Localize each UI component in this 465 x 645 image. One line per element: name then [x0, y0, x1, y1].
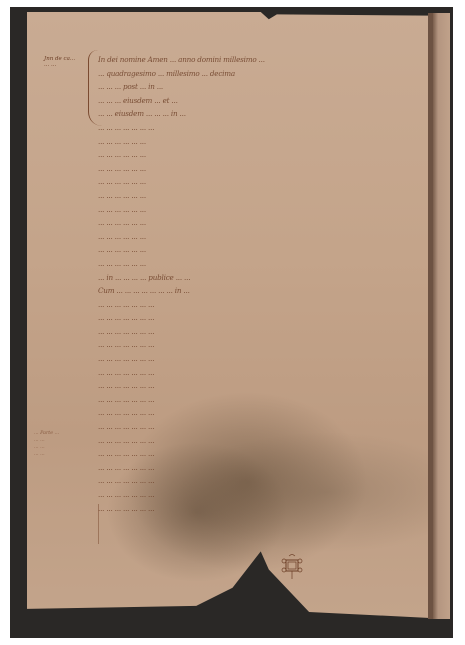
facing-page-edge — [433, 13, 450, 619]
text-line: ... ... ... ... ... ... ... — [98, 312, 408, 324]
margin-note-line: ... ... — [34, 437, 94, 444]
text-line: ... ... ... ... ... ... ... — [98, 339, 408, 351]
text-line: ... ... ... ... ... ... ... — [98, 299, 408, 311]
text-line: ... ... ... ... ... ... ... — [98, 503, 408, 515]
margin-note-line: ... Parte ... — [34, 430, 94, 437]
text-line: ... ... ... ... ... ... — [98, 149, 408, 161]
text-line: ... ... ... eiusdem ... et ... — [98, 95, 408, 107]
text-line: ... ... ... ... ... ... ... — [98, 448, 408, 460]
text-line: ... ... ... ... ... ... ... — [98, 394, 408, 406]
text-line: ... ... ... ... ... ... ... — [98, 475, 408, 487]
text-line: ... ... ... ... ... ... ... — [98, 326, 408, 338]
notary-sign-icon — [278, 554, 306, 580]
text-line: ... ... ... ... ... ... ... — [98, 380, 408, 392]
text-line: ... ... ... post ... in ... — [98, 81, 408, 93]
margin-note-lower: ... Parte ... ... ... ... ... ... ... — [34, 430, 94, 458]
text-line: ... ... ... ... ... ... — [98, 176, 408, 188]
text-line: ... ... ... ... ... ... — [98, 163, 408, 175]
text-line: ... ... ... ... ... ... ... — [98, 367, 408, 379]
text-line: ... ... ... ... ... ... — [98, 136, 408, 148]
text-line: ... ... ... ... ... ... ... — [98, 489, 408, 501]
text-line: ... ... ... ... ... ... — [98, 258, 408, 270]
margin-note-top: Jnn de ca... ... ... — [44, 56, 75, 68]
text-line: ... ... ... ... ... ... ... — [98, 353, 408, 365]
text-line: In dei nomine Amen ... anno domini mille… — [98, 54, 408, 66]
margin-note-line: ... ... — [34, 451, 94, 458]
text-line: ... ... ... ... ... ... — [98, 190, 408, 202]
text-line: ... ... ... ... ... ... ... — [98, 516, 408, 519]
text-line: ... ... ... ... ... ... — [98, 217, 408, 229]
margin-note-line: ... ... — [34, 444, 94, 451]
text-line: ... ... ... ... ... ... ... — [98, 407, 408, 419]
text-line: Cum ... ... ... ... ... ... ... in ... — [98, 285, 408, 297]
margin-note-line: ... ... — [44, 62, 75, 68]
text-line: ... ... ... ... ... ... ... — [98, 122, 408, 134]
text-line: ... ... eiusdem ... ... ... in ... — [98, 108, 408, 120]
text-line: ... ... ... ... ... ... ... — [98, 462, 408, 474]
text-line: ... ... ... ... ... ... ... — [98, 435, 408, 447]
manuscript-text: In dei nomine Amen ... anno domini mille… — [98, 54, 408, 519]
text-line: ... ... ... ... ... ... — [98, 204, 408, 216]
text-line: ... ... ... ... ... ... — [98, 231, 408, 243]
text-line: ... quadragesimo ... millesimo ... decim… — [98, 68, 408, 80]
margin-ruling — [98, 504, 99, 544]
text-line: ... ... ... ... ... ... ... — [98, 421, 408, 433]
text-line: ... in ... ... ... ... publice ... ... — [98, 272, 408, 284]
text-line: ... ... ... ... ... ... — [98, 244, 408, 256]
